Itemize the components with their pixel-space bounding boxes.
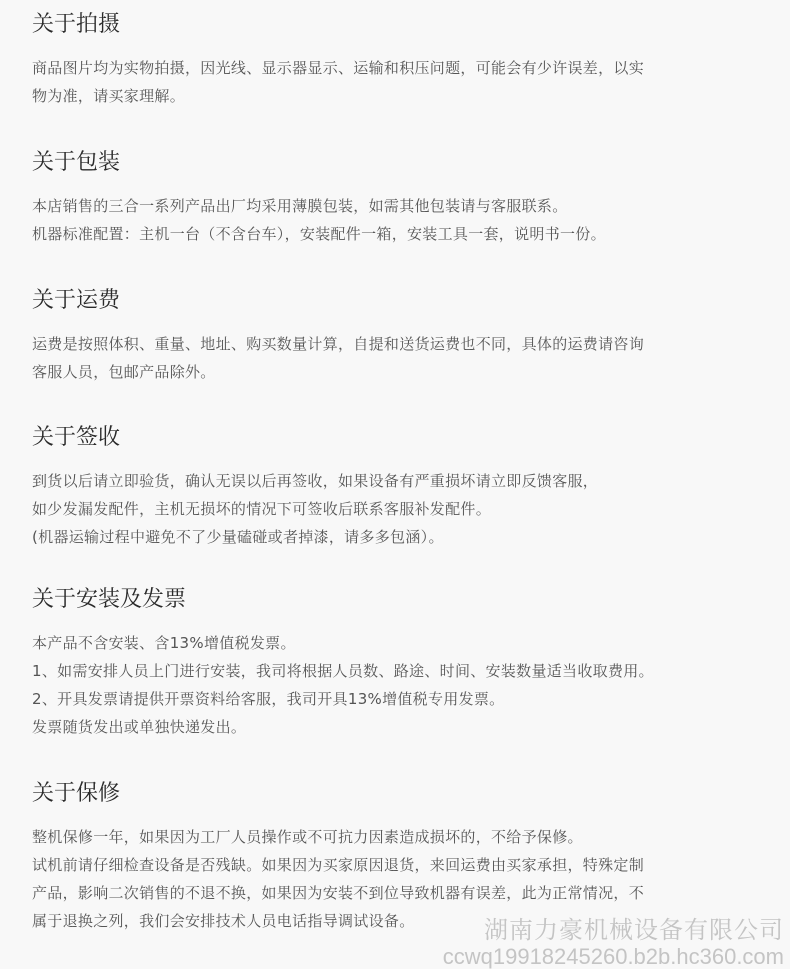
section-title: 关于运费 [32, 286, 772, 316]
section-receipt: 关于签收 到货以后请立即验货，确认无误以后再签收，如果设备有严重损坏请立即反馈客… [32, 423, 772, 551]
section-body: 商品图片均为实物拍摄，因光线、显示器显示、运输和积压问题，可能会有少许误差，以实… [32, 54, 772, 110]
section-title: 关于安装及发票 [32, 585, 772, 615]
body-line: 如少发漏发配件，主机无损坏的情况下可签收后联系客服补发配件。 [32, 495, 772, 523]
body-line: 到货以后请立即验货，确认无误以后再签收，如果设备有严重损坏请立即反馈客服， [32, 467, 772, 495]
body-line: 产品，影响二次销售的不退不换，如果因为安装不到位导致机器有误差，此为正常情况，不 [32, 879, 772, 907]
body-line: 物为准，请买家理解。 [32, 82, 772, 110]
body-line: 2、开具发票请提供开票资料给客服，我司开具13%增值税专用发票。 [32, 685, 772, 713]
section-body: 到货以后请立即验货，确认无误以后再签收，如果设备有严重损坏请立即反馈客服， 如少… [32, 467, 772, 551]
body-line: 客服人员，包邮产品除外。 [32, 358, 772, 386]
section-installation-invoice: 关于安装及发票 本产品不含安装、含13%增值税发票。 1、如需安排人员上门进行安… [32, 585, 772, 741]
section-body: 本店销售的三合一系列产品出厂均采用薄膜包装，如需其他包装请与客服联系。 机器标准… [32, 192, 772, 248]
section-title: 关于包装 [32, 148, 772, 178]
body-line: 试机前请仔细检查设备是否残缺。如果因为买家原因退货，来回运费由买家承担，特殊定制 [32, 851, 772, 879]
section-body: 本产品不含安装、含13%增值税发票。 1、如需安排人员上门进行安装，我司将根据人… [32, 629, 772, 741]
section-packaging: 关于包装 本店销售的三合一系列产品出厂均采用薄膜包装，如需其他包装请与客服联系。… [32, 148, 772, 248]
body-line: 商品图片均为实物拍摄，因光线、显示器显示、运输和积压问题，可能会有少许误差，以实 [32, 54, 772, 82]
body-line: 整机保修一年，如果因为工厂人员操作或不可抗力因素造成损坏的，不给予保修。 [32, 823, 772, 851]
watermark-url: ccwq19918245260.b2b.hc360.com [443, 944, 784, 969]
body-line: 运费是按照体积、重量、地址、购买数量计算，自提和送货运费也不同，具体的运费请咨询 [32, 330, 772, 358]
body-line: 本产品不含安装、含13%增值税发票。 [32, 629, 772, 657]
body-line: 本店销售的三合一系列产品出厂均采用薄膜包装，如需其他包装请与客服联系。 [32, 192, 772, 220]
section-photography: 关于拍摄 商品图片均为实物拍摄，因光线、显示器显示、运输和积压问题，可能会有少许… [32, 10, 772, 110]
section-title: 关于拍摄 [32, 10, 772, 40]
watermark-company: 湖南力豪机械设备有限公司 [443, 918, 784, 944]
body-line: 发票随货发出或单独快递发出。 [32, 713, 772, 741]
section-title: 关于签收 [32, 423, 772, 453]
section-warranty: 关于保修 整机保修一年，如果因为工厂人员操作或不可抗力因素造成损坏的，不给予保修… [32, 779, 772, 935]
body-line: 1、如需安排人员上门进行安装，我司将根据人员数、路途、时间、安装数量适当收取费用… [32, 657, 772, 685]
body-line: (机器运输过程中避免不了少量磕碰或者掉漆，请多多包涵）。 [32, 523, 772, 551]
body-line: 机器标准配置：主机一台（不含台车），安装配件一箱，安装工具一套，说明书一份。 [32, 220, 772, 248]
section-body: 运费是按照体积、重量、地址、购买数量计算，自提和送货运费也不同，具体的运费请咨询… [32, 330, 772, 386]
section-shipping-fee: 关于运费 运费是按照体积、重量、地址、购买数量计算，自提和送货运费也不同，具体的… [32, 286, 772, 386]
section-title: 关于保修 [32, 779, 772, 809]
watermark: 湖南力豪机械设备有限公司 ccwq19918245260.b2b.hc360.c… [443, 918, 784, 969]
